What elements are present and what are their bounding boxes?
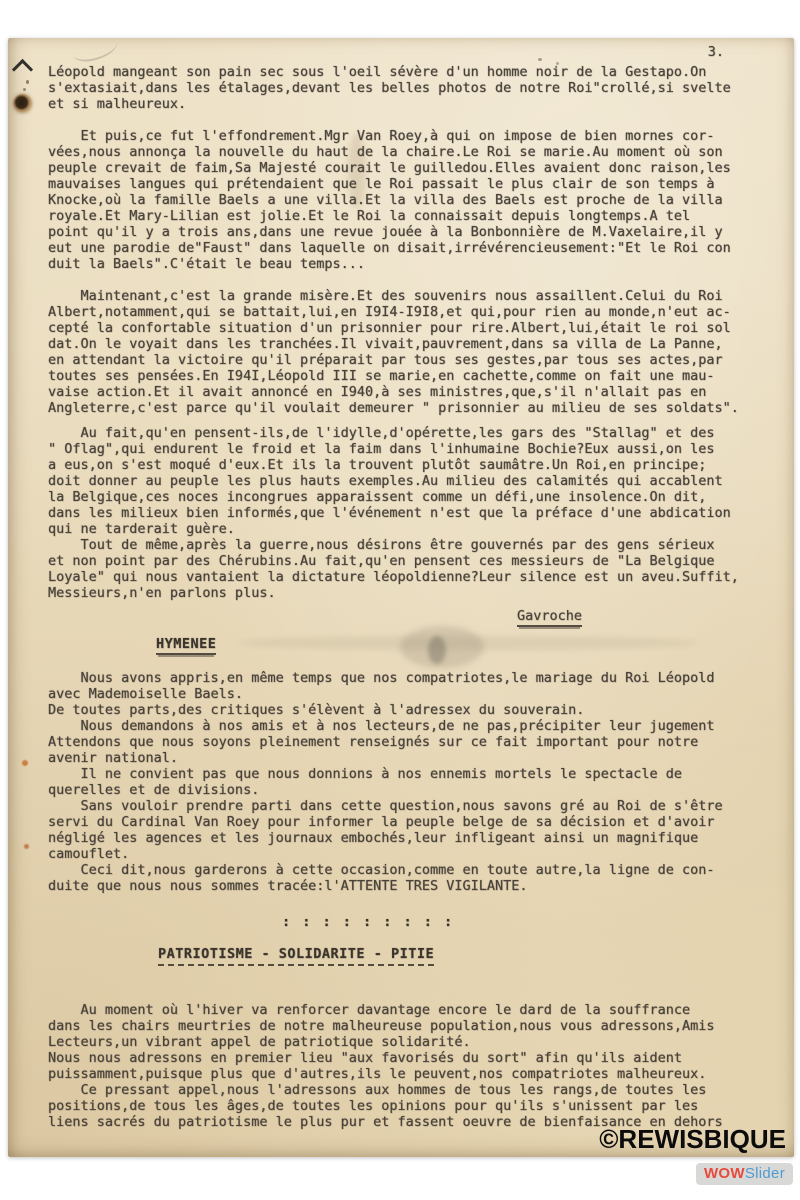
paragraph-ennemis-mortels: Il ne convient pas que nous donnions à n… <box>48 766 770 798</box>
paragraph-hiver-souffrance: Au moment où l'hiver va renforcer davant… <box>48 1002 770 1050</box>
paragraph-cardinal-van-roey: Sans vouloir prendre parti dans cette qu… <box>48 798 770 862</box>
paragraph-leopold-gestapo: Léopold mangeant son pain sec sous l'oei… <box>48 64 770 112</box>
wowslider-badge-slider: Slider <box>745 1165 785 1182</box>
paragraph-critiques: De toutes parts,des critiques s'élèvent … <box>48 702 770 718</box>
byline-signature: Gavroche <box>517 608 770 624</box>
paragraph-roi-albert: Maintenant,c'est la grande misère.Et des… <box>48 288 770 416</box>
rust-speck <box>22 760 28 766</box>
paragraph-stallag-oflag: Au fait,qu'en pensent-ils,de l'idylle,d'… <box>48 425 770 537</box>
colon-divider: : : : : : : : : : <box>282 914 770 930</box>
copyright-watermark: ©REWISBIQUE <box>599 1124 786 1155</box>
paragraph-jugement: Nous demandons à nos amis et à nos lecte… <box>48 718 770 766</box>
paragraph-attente-vigilante: Ceci dit,nous garderons à cette occasion… <box>48 862 770 894</box>
wowslider-badge[interactable]: WOWSlider <box>696 1163 793 1185</box>
arrow-mark <box>12 59 33 80</box>
ink-speck <box>26 80 29 84</box>
punch-hole <box>13 94 32 113</box>
page-number: 3. <box>48 44 770 60</box>
paragraph-favorises-du-sort: Nous nous adressons en premier lieu "aux… <box>48 1050 770 1082</box>
ink-speck <box>23 88 26 91</box>
wowslider-badge-wow: WOW <box>704 1165 745 1182</box>
section-heading-hymenee: HYMENEE <box>156 636 770 652</box>
section-heading-patriotisme: PATRIOTISME - SOLIDARITE - PITIE <box>158 946 770 962</box>
rust-speck <box>24 844 29 849</box>
paragraph-pressant-appel: Ce pressant appel,nous l'adressons aux h… <box>48 1082 770 1130</box>
typewritten-text-column: 3. Léopold mangeant son pain sec sous l'… <box>48 44 770 1130</box>
paragraph-mariage-annonce: Nous avons appris,en même temps que nos … <box>48 670 770 702</box>
scanned-page: 3. Léopold mangeant son pain sec sous l'… <box>8 38 794 1157</box>
paragraph-van-roey-mariage: Et puis,ce fut l'effondrement.Mgr Van Ro… <box>48 128 770 272</box>
paragraph-apres-guerre: Tout de même,après la guerre,nous désiro… <box>48 537 770 601</box>
